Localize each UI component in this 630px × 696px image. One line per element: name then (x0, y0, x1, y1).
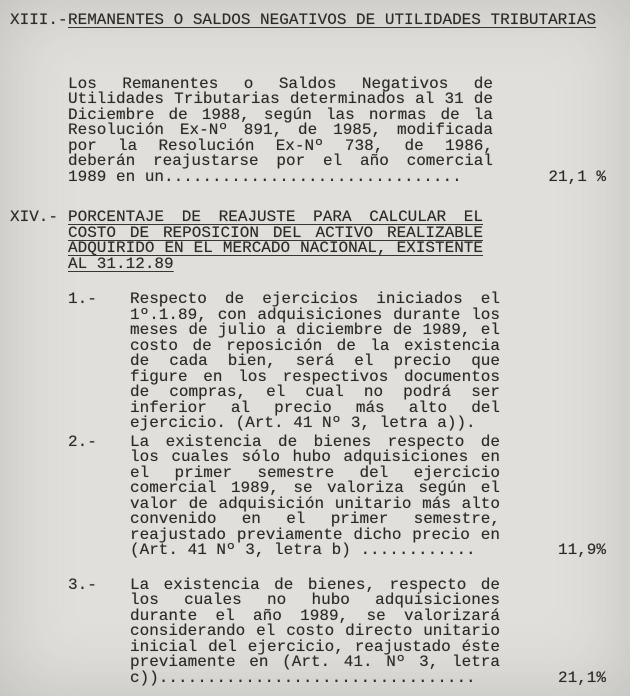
item-1-marker: 1.- (68, 292, 130, 432)
section-xiii-number: XIII.- (10, 13, 68, 29)
item-1-text: Respecto de ejercicios iniciados el 1º.1… (130, 292, 500, 432)
indent-spacer (10, 77, 68, 186)
item-2-text: La existencia de bienes respecto de los … (130, 435, 500, 559)
section-xiv-heading: XIV.- PORCENTAJE DE REAJUSTE PARA CALCUL… (10, 210, 630, 272)
scanned-document-page: XIII.- REMANENTES O SALDOS NEGATIVOS DE … (0, 0, 630, 696)
section-xiii-paragraph-row: Los Remanentes o Saldos Negativos de Uti… (10, 77, 630, 186)
section-xiii-percentage-value: 21,1 % (548, 170, 606, 186)
item-2-percentage-value: 11,9% (558, 543, 606, 559)
item-3-percentage-value: 21,1% (558, 671, 606, 687)
item-3-marker: 3.- (68, 578, 130, 687)
section-xiv-number: XIV.- (10, 210, 68, 272)
item-3-text: La existencia de bienes, respecto de los… (130, 578, 500, 687)
list-item: 2.- La existencia de bienes respecto de … (68, 435, 630, 559)
list-item: 1.- Respecto de ejercicios iniciados el … (68, 292, 630, 432)
section-xiii-title: REMANENTES O SALDOS NEGATIVOS DE UTILIDA… (68, 13, 596, 29)
section-xiii-paragraph: Los Remanentes o Saldos Negativos de Uti… (68, 77, 493, 186)
list-item: 3.- La existencia de bienes, respecto de… (68, 578, 630, 687)
section-xiv-title: PORCENTAJE DE REAJUSTE PARA CALCULAR EL … (68, 210, 483, 272)
item-2-marker: 2.- (68, 435, 130, 559)
section-xiii-heading: XIII.- REMANENTES O SALDOS NEGATIVOS DE … (10, 13, 630, 29)
